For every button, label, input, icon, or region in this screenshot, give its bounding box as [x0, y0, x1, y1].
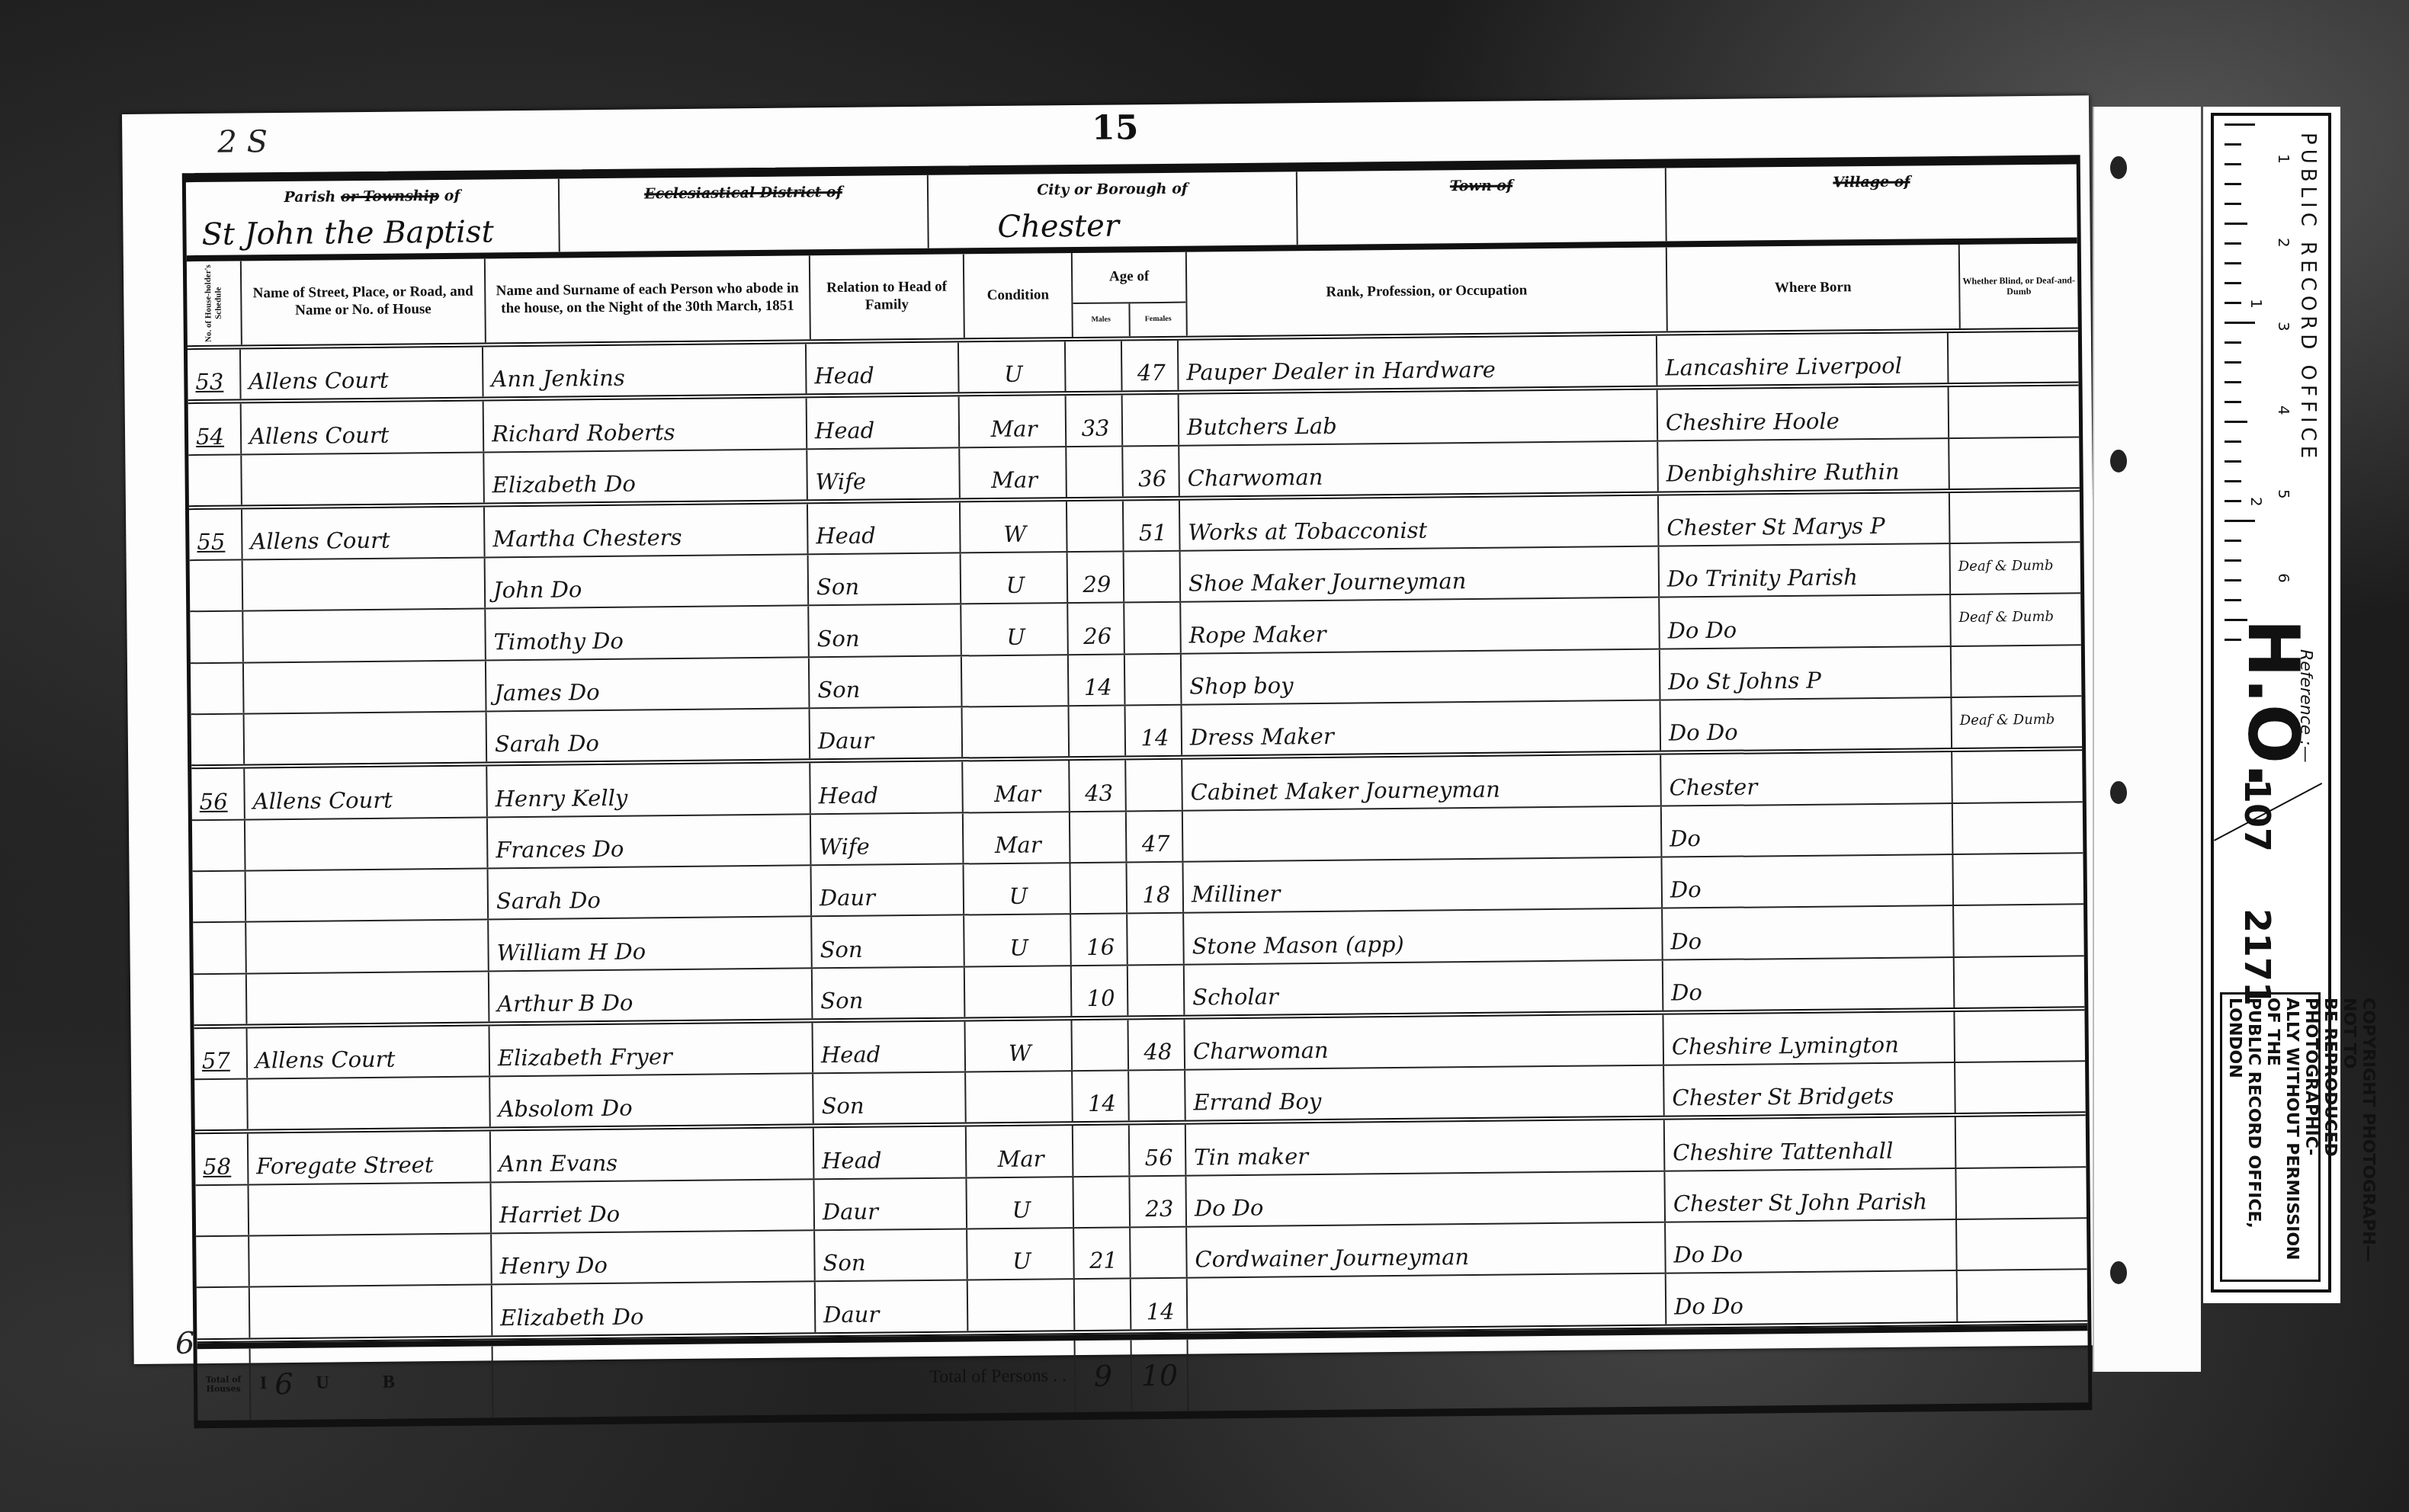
condition: U: [961, 553, 1069, 604]
blind-deaf: [1955, 1011, 2085, 1062]
condition: U: [959, 341, 1067, 392]
ruler-tick: [2225, 480, 2241, 482]
condition: [962, 655, 1070, 706]
birthplace: Cheshire Tattenhall: [1665, 1117, 1957, 1170]
schedule-no: [194, 1080, 249, 1130]
condition: U: [961, 604, 1069, 655]
schedule-no: 55: [189, 509, 243, 559]
col-occupation: Rank, Profession, or Occupation: [1187, 248, 1668, 336]
col-condition: Condition: [964, 253, 1073, 338]
blind-deaf: [1955, 1062, 2086, 1113]
relation: Head: [808, 502, 961, 553]
schedule-no: [197, 1288, 251, 1338]
schedule-no: [193, 923, 247, 973]
age-male: 10: [1072, 966, 1129, 1016]
village-label: Village of: [1666, 171, 2077, 192]
relation: Daur: [812, 864, 965, 915]
occupation: Errand Boy: [1185, 1066, 1665, 1120]
person-name: Martha Chesters: [485, 504, 809, 556]
reference-series: H.O.: [2232, 619, 2314, 789]
street-name: Foregate Street: [249, 1132, 492, 1184]
binding-strip: [2093, 107, 2201, 1372]
person-name: William H Do: [489, 918, 813, 970]
ruler-tick: [2225, 322, 2255, 324]
age-male: [1070, 812, 1128, 862]
person-name: Elizabeth Do: [484, 450, 808, 502]
town-label: Town of: [1298, 176, 1665, 197]
ruler-tick: [2225, 460, 2241, 463]
blind-deaf: Deaf & Dumb: [1952, 697, 2082, 748]
street-name: [242, 453, 485, 505]
blind-deaf: [1956, 1116, 2087, 1168]
relation: Son: [809, 605, 962, 656]
relation: Head: [814, 1127, 967, 1178]
person-name: Arthur B Do: [489, 969, 813, 1021]
census-table: Parish or Township of St John the Baptis…: [182, 155, 2093, 1427]
blind-deaf: [1958, 1270, 2088, 1321]
blind-deaf: [1953, 854, 2083, 905]
col-relation: Relation to Head of Family: [810, 254, 965, 339]
person-name: Henry Do: [492, 1231, 816, 1283]
birthplace: Do Do: [1660, 698, 1952, 751]
age-male: 43: [1070, 761, 1127, 811]
street-name: [245, 818, 489, 870]
scale-number: 2: [2275, 238, 2293, 248]
occupation: Butchers Lab: [1179, 390, 1659, 444]
condition: Mar: [964, 812, 1071, 863]
age-female: [1128, 965, 1185, 1015]
person-name: Frances Do: [488, 815, 812, 867]
person-name: James Do: [486, 658, 810, 710]
age-female: 18: [1127, 863, 1184, 913]
condition: U: [964, 863, 1072, 915]
schedule-no: [193, 871, 247, 921]
age-female: 36: [1123, 446, 1180, 496]
birthplace: Denbighshire Ruthin: [1658, 439, 1950, 492]
scale-number: 3: [2275, 322, 2293, 332]
person-name: Sarah Do: [489, 866, 813, 918]
ruler-tick: [2225, 381, 2241, 383]
street-name: [249, 1183, 492, 1235]
relation: Wife: [811, 813, 964, 864]
copyright-notice: COPYRIGHT PHOTOGRAPH—NOT TO BE REPRODUCE…: [2220, 992, 2321, 1282]
age-male: 14: [1069, 655, 1126, 705]
birthplace: Chester St John Parish: [1665, 1169, 1957, 1222]
schedule-no: [192, 820, 246, 870]
blind-deaf: [1957, 1219, 2087, 1270]
blind-deaf: [1954, 905, 2084, 956]
person-name: Elizabeth Fryer: [490, 1023, 814, 1075]
relation: Son: [809, 554, 962, 605]
relation: Head: [813, 1021, 966, 1072]
age-male: [1067, 501, 1124, 551]
blind-deaf: [1955, 956, 2085, 1007]
ruler-tick: [2225, 500, 2241, 502]
relation: Son: [815, 1229, 968, 1280]
birthplace: Do Do: [1660, 595, 1952, 648]
parish-value: St John the Baptist: [201, 214, 494, 252]
ruler-tick: [2225, 203, 2241, 205]
col-born: Where Born: [1667, 245, 1961, 332]
binding-hole: [2110, 156, 2127, 179]
ecclesiastical-label: Ecclesiastical District of: [560, 183, 927, 203]
relation: Head: [810, 762, 964, 813]
birthplace: Cheshire Lymington: [1663, 1012, 1955, 1065]
age-male: 33: [1067, 396, 1124, 446]
condition: U: [964, 915, 1072, 966]
occupation: Charwoman: [1185, 1015, 1664, 1069]
schedule-no: [188, 455, 242, 505]
age-female: 47: [1127, 811, 1184, 861]
street-name: [244, 661, 487, 713]
street-name: Allens Court: [242, 402, 485, 453]
age-male: [1075, 1280, 1132, 1330]
blind-deaf: [1953, 802, 2083, 854]
birthplace: Chester St Marys P: [1659, 493, 1951, 546]
reference-folio: 2171: [2237, 908, 2278, 1006]
age-male: [1066, 341, 1123, 391]
page-number: 15: [1092, 108, 1139, 148]
age-female: [1128, 914, 1185, 964]
street-name: [245, 713, 488, 764]
schedule-no: [190, 612, 244, 662]
schedule-no: 58: [195, 1134, 249, 1184]
occupation: [1188, 1274, 1667, 1328]
age-male: [1070, 863, 1128, 913]
ruler-tick: [2225, 579, 2241, 581]
condition: [963, 706, 1070, 758]
houses-label: Total of Houses: [197, 1348, 252, 1421]
condition: Mar: [963, 761, 1070, 812]
col-males: Males: [1073, 303, 1130, 337]
ruler-tick: [2225, 282, 2241, 284]
schedule-no: [196, 1237, 250, 1287]
schedule-no: 57: [194, 1028, 249, 1078]
schedule-no: [194, 974, 248, 1024]
age-male: 29: [1068, 553, 1125, 603]
age-female: 14: [1131, 1279, 1188, 1329]
street-name: Allens Court: [242, 507, 486, 559]
age-female: 51: [1124, 501, 1181, 551]
person-name: Richard Roberts: [484, 399, 808, 451]
occupation: [1183, 806, 1663, 860]
street-name: Allens Court: [245, 767, 488, 818]
blind-deaf: [1949, 332, 2079, 383]
occupation: Stone Mason (app): [1184, 909, 1663, 963]
age-female: [1131, 1228, 1188, 1278]
birthplace: Do: [1663, 906, 1955, 959]
inch-number: 2: [2247, 497, 2266, 507]
condition: Mar: [960, 447, 1067, 498]
parish-cell: Parish or Township of St John the Baptis…: [186, 178, 560, 255]
age-male: 21: [1074, 1228, 1131, 1278]
parish-label: Parish: [284, 188, 335, 206]
ruler-tick: [2225, 123, 2255, 126]
condition: W: [965, 1020, 1073, 1072]
blind-deaf: Deaf & Dumb: [1951, 594, 2081, 645]
birthplace: Lancashire Liverpool: [1657, 333, 1949, 386]
street-name: [249, 1234, 492, 1286]
birthplace: Do Do: [1666, 1271, 1958, 1324]
street-name: [246, 869, 489, 921]
occupation: Milliner: [1183, 858, 1663, 912]
relation: Head: [807, 397, 961, 448]
schedule-no: 53: [188, 350, 242, 400]
street-name: [243, 610, 486, 661]
age-male: [1067, 447, 1124, 497]
ruler-tick: [2225, 599, 2241, 601]
birthplace: Do St Johns P: [1660, 647, 1952, 700]
scale-number: 1: [2275, 154, 2293, 164]
condition: Mar: [967, 1126, 1074, 1177]
person-name: John Do: [486, 556, 810, 608]
blind-deaf: [1952, 751, 2083, 802]
age-male: 14: [1073, 1072, 1130, 1122]
occupation: Shop boy: [1182, 649, 1661, 703]
age-female: [1123, 395, 1180, 445]
person-name: Absolom Do: [490, 1075, 814, 1127]
condition: U: [967, 1177, 1074, 1228]
occupation: Works at Tobacconist: [1180, 496, 1660, 550]
condition: [968, 1280, 1076, 1331]
ruler-tick: [2225, 520, 2255, 522]
ruler-tick: [2225, 143, 2241, 146]
schedule-no: [190, 561, 244, 611]
ruler-tick: [2225, 183, 2241, 185]
age-female: [1124, 603, 1182, 653]
condition: [965, 966, 1073, 1017]
blind-deaf: [1950, 492, 2080, 543]
street-name: [243, 559, 486, 610]
city-value: Chester: [997, 208, 1119, 245]
person-name: Henry Kelly: [487, 764, 811, 816]
relation: Son: [810, 656, 963, 707]
ruler-tick: [2225, 540, 2241, 542]
office-name: PUBLIC RECORD OFFICE: [2296, 133, 2319, 463]
relation: Daur: [816, 1281, 969, 1332]
ruler-tick: [2225, 421, 2247, 423]
town-cell: Town of: [1298, 168, 1667, 245]
person-name: Harriet Do: [491, 1180, 815, 1232]
age-female: 47: [1122, 341, 1179, 391]
street-name: [247, 972, 490, 1023]
blind-deaf: [1956, 1168, 2087, 1219]
birthplace: Do: [1662, 804, 1954, 857]
person-name: Sarah Do: [487, 709, 811, 761]
blind-deaf: [1952, 645, 2082, 697]
age-female: 14: [1126, 706, 1183, 756]
street-name: [246, 921, 489, 972]
col-age: Age of Males Females: [1073, 252, 1188, 337]
condition: U: [967, 1228, 1075, 1280]
occupation: Cabinet Maker Journeyman: [1182, 755, 1662, 809]
age-female: [1124, 552, 1182, 602]
relation: Daur: [814, 1178, 967, 1229]
margin-note: 6: [175, 1326, 194, 1361]
city-cell: City or Borough of Chester: [929, 171, 1298, 248]
ruler-tick: [2225, 401, 2241, 403]
reference-piece: 107: [2237, 779, 2278, 852]
binding-hole: [2110, 1261, 2127, 1284]
street-name: Allens Court: [248, 1026, 491, 1078]
street-name: [248, 1078, 491, 1129]
relation: Son: [812, 916, 965, 967]
ruler-tick: [2225, 440, 2241, 443]
ruler-tick: [2225, 262, 2241, 264]
schedule-no: 54: [188, 404, 242, 454]
total-females: 10: [1131, 1339, 1188, 1411]
street-name: [250, 1286, 493, 1337]
occupation: Dress Maker: [1182, 701, 1662, 755]
census-rows: 53Allens CourtAnn JenkinsHeadU47Pauper D…: [188, 332, 2087, 1342]
age-male: [1073, 1177, 1131, 1227]
total-males: 9: [1075, 1340, 1132, 1412]
birthplace: Do: [1662, 855, 1954, 908]
condition: [966, 1072, 1073, 1123]
schedule-no: [195, 1185, 249, 1235]
col-street: Name of Street, Place, or Road, and Name…: [242, 258, 486, 344]
township-struck: or Township: [341, 187, 439, 205]
occupation: Pauper Dealer in Hardware: [1179, 336, 1658, 390]
birthplace: Chester St Bridgets: [1664, 1063, 1956, 1116]
occupation: Shoe Maker Journeyman: [1181, 547, 1660, 601]
person-name: Ann Jenkins: [483, 344, 807, 396]
relation: Wife: [807, 448, 961, 499]
age-female: 56: [1130, 1125, 1187, 1175]
age-female: 48: [1128, 1020, 1185, 1070]
ruler-tick: [2225, 341, 2241, 344]
reference-label: PUBLIC RECORD OFFICE 12345612 Reference …: [2203, 107, 2340, 1303]
ruler: [2225, 123, 2255, 657]
scale-number: 6: [2275, 573, 2293, 583]
age-male: [1073, 1126, 1131, 1176]
age-female: [1125, 654, 1182, 704]
birthplace: Chester: [1661, 752, 1953, 805]
scale-number: 5: [2275, 489, 2293, 499]
ruler-tick: [2225, 361, 2241, 364]
age-female: [1126, 760, 1183, 810]
ruler-tick: [2225, 242, 2241, 245]
schedule-no: [191, 715, 245, 765]
col-females: Females: [1130, 303, 1185, 336]
col-blind: Whether Blind, or Deaf-and-Dumb: [1960, 243, 2078, 328]
relation: Son: [813, 967, 966, 1018]
ruler-tick: [2225, 302, 2241, 304]
age-male: 26: [1068, 604, 1125, 654]
person-name: Timothy Do: [486, 607, 810, 659]
age-male: [1072, 1020, 1129, 1070]
occupation: Charwoman: [1179, 441, 1659, 495]
birthplace: Do Trinity Parish: [1660, 544, 1952, 597]
blind-deaf: [1949, 386, 2080, 437]
blind-deaf: [1949, 437, 2080, 489]
schedule-no: [191, 663, 245, 713]
inhabited-count: 6: [274, 1367, 294, 1401]
age-male: [1070, 706, 1127, 756]
census-page: 2 S 15 Parish or Township of St John the…: [122, 95, 2101, 1364]
total-persons-label: Total of Persons . .: [493, 1341, 1076, 1417]
relation: Head: [807, 342, 960, 393]
corner-mark: 2 S: [217, 124, 268, 160]
ruler-tick: [2225, 163, 2241, 165]
age-male: 16: [1071, 915, 1128, 965]
birthplace: Do: [1663, 958, 1955, 1011]
person-name: Ann Evans: [491, 1129, 815, 1181]
condition: Mar: [960, 396, 1067, 447]
binding-hole: [2110, 781, 2127, 804]
relation: Daur: [810, 708, 964, 759]
street-name: Allens Court: [241, 347, 484, 399]
occupation: Scholar: [1185, 960, 1664, 1014]
age-female: [1129, 1071, 1186, 1121]
schedule-no: 56: [191, 769, 245, 819]
ecclesiastical-cell: Ecclesiastical District of: [560, 175, 929, 252]
ruler-tick: [2225, 559, 2241, 562]
occupation: Do Do: [1186, 1171, 1666, 1225]
blind-deaf: Deaf & Dumb: [1951, 543, 2081, 594]
condition: W: [961, 501, 1068, 553]
binding-hole: [2110, 450, 2127, 472]
occupation: Tin maker: [1186, 1120, 1666, 1174]
birthplace: Cheshire Hoole: [1658, 387, 1950, 440]
occupation: Cordwainer Journeyman: [1187, 1223, 1666, 1277]
birthplace: Do Do: [1666, 1220, 1958, 1273]
col-name: Name and Surname of each Person who abod…: [486, 255, 811, 342]
col-schedule: No. of House-holder's Schedule: [187, 261, 242, 346]
ruler-tick: [2225, 223, 2247, 225]
person-name: Elizabeth Do: [492, 1283, 816, 1335]
city-label: City or Borough of: [929, 179, 1296, 200]
age-female: 23: [1130, 1176, 1187, 1226]
relation: Son: [813, 1073, 967, 1124]
inch-number: 1: [2247, 299, 2266, 309]
scale-number: 4: [2275, 405, 2293, 415]
village-cell: Village of: [1666, 164, 2077, 241]
occupation: Rope Maker: [1181, 598, 1660, 652]
houses-totals: I 6 U B: [251, 1346, 494, 1420]
